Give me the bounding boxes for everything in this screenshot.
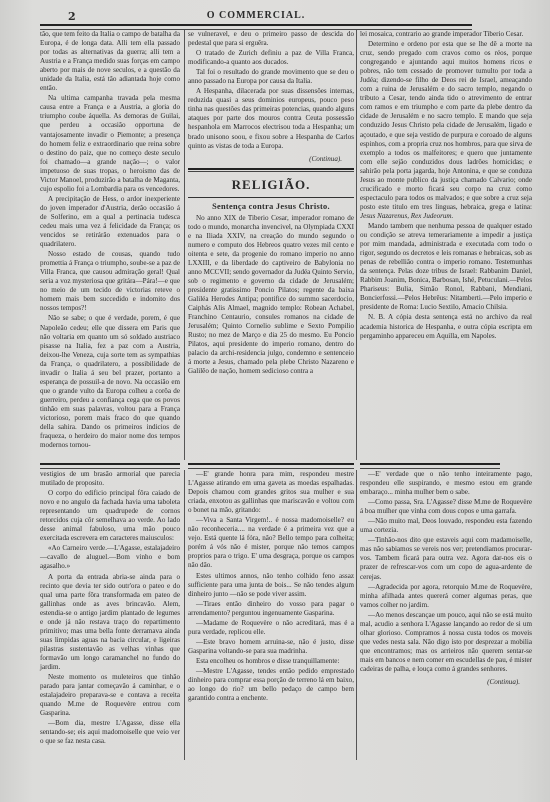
paragraph: —Não muito mal, Deos louvado, respondeu … — [360, 517, 532, 535]
paragraph: A precipitação de Hess, o ardor inexperi… — [40, 195, 180, 249]
feuilleton-rule — [360, 463, 500, 469]
column-sentence: lei mosaica, contrario ao grande imperad… — [360, 30, 532, 342]
paragraph: se vulneravel, e deu o primeiro passo de… — [188, 30, 354, 48]
feuilleton-rule — [188, 463, 354, 469]
paragraph: —Este bravo homem arruina-se, não é just… — [188, 638, 354, 656]
paragraph: «Ao Carneiro verde.—L'Agasse, estalajade… — [40, 544, 180, 571]
paragraph: Nosso estado de cousas, quando tudo prom… — [40, 250, 180, 313]
feuilleton-column-3: —E' verdade que o não tenho inteiramente… — [360, 470, 532, 691]
paragraph: —E' grande honra para mim, respondeu mes… — [188, 470, 354, 515]
feuilleton-column-2: —E' grande honra para mim, respondeu mes… — [188, 470, 354, 704]
column-divider — [356, 30, 357, 460]
paragraph: tão, que tem feito da Italia o campo de … — [40, 30, 180, 93]
paragraph: Não se sabe; o que é verdade, porem, é q… — [40, 314, 180, 450]
newspaper-page: 2 O COMMERCIAL. tão, que tem feito da It… — [0, 0, 550, 802]
column-religion: se vulneravel, e deu o primeiro passo de… — [188, 30, 354, 378]
column-divider — [184, 30, 185, 460]
paragraph: —Agradecida por agora, retorquio M.me de… — [360, 583, 532, 610]
paragraph: N. B. A cópia desta sentença está no arc… — [360, 313, 532, 340]
paragraph: —Tiraes então dinheiro do vosso para pag… — [188, 600, 354, 618]
section-rule — [188, 168, 354, 172]
paragraph: A Hespanha, dilacerada por suas dissensõ… — [188, 87, 354, 150]
paragraph: Mando tambem que nenhuma pessoa de qualq… — [360, 222, 532, 312]
paragraph: —E' verdade que o não tenho inteiramente… — [360, 470, 532, 497]
latin-title: Jesus Nazarenus, Rex Judeorum. — [360, 212, 453, 220]
paragraph: —Bom dia, mestre L'Agasse, disse ella se… — [40, 719, 180, 746]
continua-note: (Continua). — [188, 155, 354, 164]
continua-note: (Continua). — [360, 678, 532, 687]
paragraph: O corpo do edificio principal fôra caiad… — [40, 489, 180, 543]
paragraph: A porta da entrada abria-se ainda para o… — [40, 573, 180, 673]
paragraph: Neste momento os muleteiros que tinhão p… — [40, 673, 180, 718]
paragraph: —Como passa, Sra. L'Agasse? disse M.me d… — [360, 498, 532, 516]
feuilleton-rule — [40, 463, 180, 469]
paragraph: Tal foi o resultado do grande movimento … — [188, 68, 354, 86]
paragraph: —Mestre L'Agasse, tendes então pedido em… — [188, 667, 354, 703]
masthead: O COMMERCIAL. — [40, 10, 472, 21]
feuilleton-column-1: vestigios de um brasão armorial que pare… — [40, 470, 180, 747]
paragraph: Esta encolheu os hombros e disse tranqui… — [188, 657, 354, 666]
article-title: Sentença contra Jesus Christo. — [188, 201, 354, 212]
paragraph: —Ao menos descançae um pouco, aqui não s… — [360, 611, 532, 674]
paragraph: vestigios de um brasão armorial que pare… — [40, 470, 180, 488]
paragraph: lei mosaica, contrario ao grande imperad… — [360, 30, 532, 39]
paragraph: —Tinhão-nos dito que estaveis aqui com m… — [360, 536, 532, 581]
section-title: RELIGIÃO. — [188, 176, 354, 194]
paragraph: No anno XIX de Tiberio Cesar, imperador … — [188, 214, 354, 377]
paragraph: O tratado de Zurich definiu a paz de Vil… — [188, 49, 354, 67]
column-divider — [356, 470, 357, 760]
paragraph: Na ultima campanha travada pela mesma ca… — [40, 94, 180, 194]
paragraph: —Madame de Roquevère o não acreditará, m… — [188, 619, 354, 637]
paragraph: Determino e ordeno por esta que se lhe d… — [360, 40, 532, 221]
paragraph: —Viva a Santa Virgem!.. é nossa madomois… — [188, 516, 354, 570]
column-politics: tão, que tem feito da Italia o campo de … — [40, 30, 180, 451]
paragraph: Estes ultimos annos, não tenho colhido f… — [188, 572, 354, 599]
paragraph-text: Determino e ordeno por esta que se lhe d… — [360, 40, 532, 211]
column-divider — [184, 470, 185, 760]
thin-rule — [188, 197, 354, 198]
